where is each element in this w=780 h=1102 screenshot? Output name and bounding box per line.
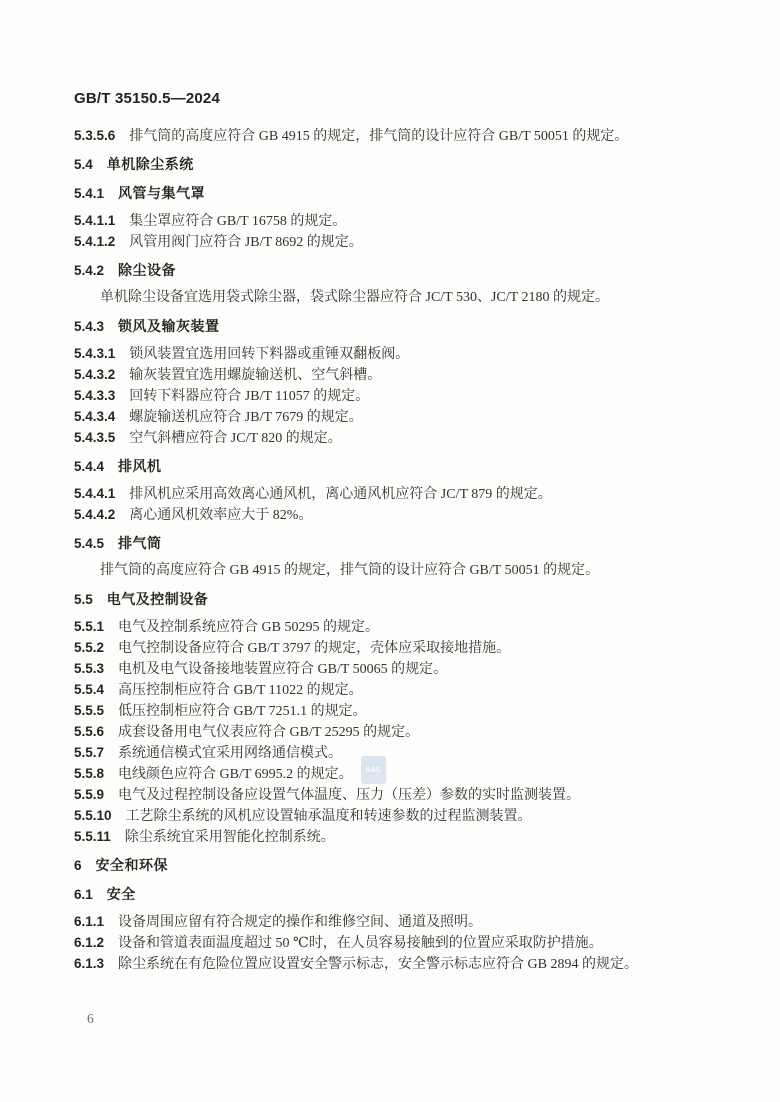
clause-5.5.9: 5.5.9电气及过程控制设备应设置气体温度、压力（压差）参数的实时监测装置。	[74, 784, 712, 805]
clause-text: 设备周围应留有符合规定的操作和维修空间、通道及照明。	[118, 915, 482, 930]
clause-number: 5.4.1	[74, 186, 104, 201]
clause-6.1.1: 6.1.1设备周围应留有符合规定的操作和维修空间、通道及照明。	[74, 911, 712, 932]
clause-6.1.3: 6.1.3除尘系统在有危险位置应设置安全警示标志，安全警示标志应符合 GB 28…	[74, 953, 712, 974]
clause-number: 5.5.11	[74, 829, 111, 844]
clause-text: 系统通信模式宜采用网络通信模式。	[118, 746, 342, 761]
clause-5.4.3.1: 5.4.3.1锁风装置宜选用回转下料器或重锤双翻板阀。	[74, 343, 712, 364]
clause-text: 集尘罩应符合 GB/T 16758 的规定。	[129, 214, 346, 229]
clause-number: 6.1	[74, 887, 93, 902]
clause-5.4.3.2: 5.4.3.2输灰装置宜选用螺旋输送机、空气斜槽。	[74, 364, 712, 385]
heading-5.4.3: 5.4.3锁风及输灰装置	[74, 316, 712, 337]
heading-5.4: 5.4单机除尘系统	[74, 154, 712, 175]
clause-text: 电气控制设备应符合 GB/T 3797 的规定，壳体应采取接地措施。	[118, 641, 510, 656]
clause-5.4.1.1: 5.4.1.1集尘罩应符合 GB/T 16758 的规定。	[74, 210, 712, 231]
heading-text: 单机除尘系统	[107, 156, 194, 172]
clause-text: 低压控制柜应符合 GB/T 7251.1 的规定。	[118, 704, 367, 719]
clause-number: 5.5.5	[74, 703, 104, 718]
clause-number: 5.3.5.6	[74, 128, 115, 143]
clause-number: 5.5.4	[74, 682, 104, 697]
clause-number: 5.4	[74, 157, 93, 172]
clause-text: 电气及过程控制设备应设置气体温度、压力（压差）参数的实时监测装置。	[118, 788, 580, 803]
clause-text: 高压控制柜应符合 GB/T 11022 的规定。	[118, 683, 363, 698]
clause-number: 5.5.7	[74, 745, 104, 760]
clause-text: 电线颜色应符合 GB/T 6995.2 的规定。	[118, 767, 353, 782]
heading-5.4.2: 5.4.2除尘设备	[74, 260, 712, 281]
clause-number: 5.5.3	[74, 661, 104, 676]
clause-5.4.3.4: 5.4.3.4螺旋输送机应符合 JB/T 7679 的规定。	[74, 406, 712, 427]
clause-5.5.3: 5.5.3电机及电气设备接地装置应符合 GB/T 50065 的规定。	[74, 658, 712, 679]
clause-number: 5.5.6	[74, 724, 104, 739]
heading-text: 锁风及输灰装置	[118, 318, 220, 334]
clause-text: 离心通风机效率应大于 82%。	[129, 508, 312, 523]
heading-text: 风管与集气罩	[118, 185, 205, 201]
clause-text: 风管用阀门应符合 JB/T 8692 的规定。	[129, 235, 362, 250]
clause-text: 除尘系统在有危险位置应设置安全警示标志，安全警示标志应符合 GB 2894 的规…	[118, 957, 638, 972]
clause-number: 5.5.9	[74, 787, 104, 802]
clause-number: 5.4.3.1	[74, 346, 115, 361]
document-page: GB/T 35150.5—2024 5.3.5.6排气筒的高度应符合 GB 49…	[0, 0, 780, 1102]
clause-number: 6.1.3	[74, 956, 104, 971]
clause-5.5.6: 5.5.6成套设备用电气仪表应符合 GB/T 25295 的规定。	[74, 721, 712, 742]
clause-number: 5.5.8	[74, 766, 104, 781]
clause-text: 电机及电气设备接地装置应符合 GB/T 50065 的规定。	[118, 662, 447, 677]
clause-number: 5.4.4.1	[74, 486, 115, 501]
clause-text: 工艺除尘系统的风机应设置轴承温度和转速参数的过程监测装置。	[126, 809, 532, 824]
clause-number: 5.4.5	[74, 536, 104, 551]
clause-number: 5.4.3.5	[74, 430, 115, 445]
clause-text: 螺旋输送机应符合 JB/T 7679 的规定。	[129, 410, 362, 425]
clause-text: 电气及控制系统应符合 GB 50295 的规定。	[118, 620, 379, 635]
clause-number: 5.5.2	[74, 640, 104, 655]
clause-number: 5.4.3	[74, 319, 104, 334]
clause-number: 6.1.1	[74, 914, 104, 929]
clause-text: 设备和管道表面温度超过 50 ℃时，在人员容易接触到的位置应采取防护措施。	[118, 936, 603, 951]
clause-number: 5.5.10	[74, 808, 112, 823]
clause-text: 回转下料器应符合 JB/T 11057 的规定。	[129, 389, 369, 404]
clause-5.4.4.2: 5.4.4.2离心通风机效率应大于 82%。	[74, 504, 712, 525]
clause-5.5.7: 5.5.7系统通信模式宜采用网络通信模式。	[74, 742, 712, 763]
watermark-badge: SAC	[361, 756, 386, 784]
watermark-icon: SAC	[366, 767, 382, 774]
heading-5.5: 5.5电气及控制设备	[74, 589, 712, 610]
heading-text: 排风机	[118, 458, 162, 474]
clause-5.4.1.2: 5.4.1.2风管用阀门应符合 JB/T 8692 的规定。	[74, 231, 712, 252]
heading-text: 安全和环保	[96, 857, 169, 873]
clause-text: 排气筒的高度应符合 GB 4915 的规定，排气筒的设计应符合 GB/T 500…	[100, 563, 599, 578]
clause-number: 5.5	[74, 592, 93, 607]
clause-5.4.4.1: 5.4.4.1排风机应采用高效离心通风机，离心通风机应符合 JC/T 879 的…	[74, 483, 712, 504]
clause-5.4.3.5: 5.4.3.5空气斜槽应符合 JC/T 820 的规定。	[74, 427, 712, 448]
clause-text: 排气筒的高度应符合 GB 4915 的规定，排气筒的设计应符合 GB/T 500…	[129, 129, 628, 144]
clause-5.5.4: 5.5.4高压控制柜应符合 GB/T 11022 的规定。	[74, 679, 712, 700]
paragraph: 排气筒的高度应符合 GB 4915 的规定，排气筒的设计应符合 GB/T 500…	[74, 560, 712, 581]
clause-number: 6.1.2	[74, 935, 104, 950]
standard-number-header: GB/T 35150.5—2024	[74, 90, 220, 107]
clause-number: 6	[74, 858, 82, 873]
paragraph: 单机除尘设备宜选用袋式除尘器，袋式除尘器应符合 JC/T 530、JC/T 21…	[74, 287, 712, 308]
clause-text: 锁风装置宜选用回转下料器或重锤双翻板阀。	[129, 347, 409, 362]
document-body: 5.3.5.6排气筒的高度应符合 GB 4915 的规定，排气筒的设计应符合 G…	[74, 125, 712, 974]
clause-number: 5.4.3.4	[74, 409, 115, 424]
clause-text: 除尘系统宜采用智能化控制系统。	[125, 830, 335, 845]
clause-text: 输灰装置宜选用螺旋输送机、空气斜槽。	[129, 368, 381, 383]
heading-6: 6安全和环保	[74, 855, 712, 876]
clause-text: 空气斜槽应符合 JC/T 820 的规定。	[129, 431, 341, 446]
clause-6.1.2: 6.1.2设备和管道表面温度超过 50 ℃时，在人员容易接触到的位置应采取防护措…	[74, 932, 712, 953]
heading-text: 除尘设备	[118, 262, 176, 278]
clause-5.5.11: 5.5.11除尘系统宜采用智能化控制系统。	[74, 826, 712, 847]
clause-number: 5.4.2	[74, 263, 104, 278]
page-number: 6	[87, 1011, 94, 1027]
clause-5.5.5: 5.5.5低压控制柜应符合 GB/T 7251.1 的规定。	[74, 700, 712, 721]
clause-5.5.1: 5.5.1电气及控制系统应符合 GB 50295 的规定。	[74, 616, 712, 637]
clause-text: 成套设备用电气仪表应符合 GB/T 25295 的规定。	[118, 725, 419, 740]
clause-number: 5.4.4.2	[74, 507, 115, 522]
clause-number: 5.4.1.2	[74, 234, 115, 249]
clause-5.5.2: 5.5.2电气控制设备应符合 GB/T 3797 的规定，壳体应采取接地措施。	[74, 637, 712, 658]
clause-number: 5.4.3.3	[74, 388, 115, 403]
clause-5.5.10: 5.5.10工艺除尘系统的风机应设置轴承温度和转速参数的过程监测装置。	[74, 805, 712, 826]
heading-6.1: 6.1安全	[74, 884, 712, 905]
clause-text: 单机除尘设备宜选用袋式除尘器，袋式除尘器应符合 JC/T 530、JC/T 21…	[100, 290, 609, 305]
heading-text: 排气筒	[118, 535, 162, 551]
heading-text: 安全	[107, 886, 136, 902]
clause-5.5.8: 5.5.8电线颜色应符合 GB/T 6995.2 的规定。	[74, 763, 712, 784]
heading-5.4.1: 5.4.1风管与集气罩	[74, 183, 712, 204]
clause-number: 5.5.1	[74, 619, 104, 634]
heading-5.4.4: 5.4.4排风机	[74, 456, 712, 477]
clause-number: 5.4.3.2	[74, 367, 115, 382]
heading-5.4.5: 5.4.5排气筒	[74, 533, 712, 554]
clause-number: 5.4.1.1	[74, 213, 115, 228]
clause-5.4.3.3: 5.4.3.3回转下料器应符合 JB/T 11057 的规定。	[74, 385, 712, 406]
clause-text: 排风机应采用高效离心通风机，离心通风机应符合 JC/T 879 的规定。	[129, 487, 551, 502]
clause-number: 5.4.4	[74, 459, 104, 474]
clause-5.3.5.6: 5.3.5.6排气筒的高度应符合 GB 4915 的规定，排气筒的设计应符合 G…	[74, 125, 712, 146]
heading-text: 电气及控制设备	[107, 591, 209, 607]
